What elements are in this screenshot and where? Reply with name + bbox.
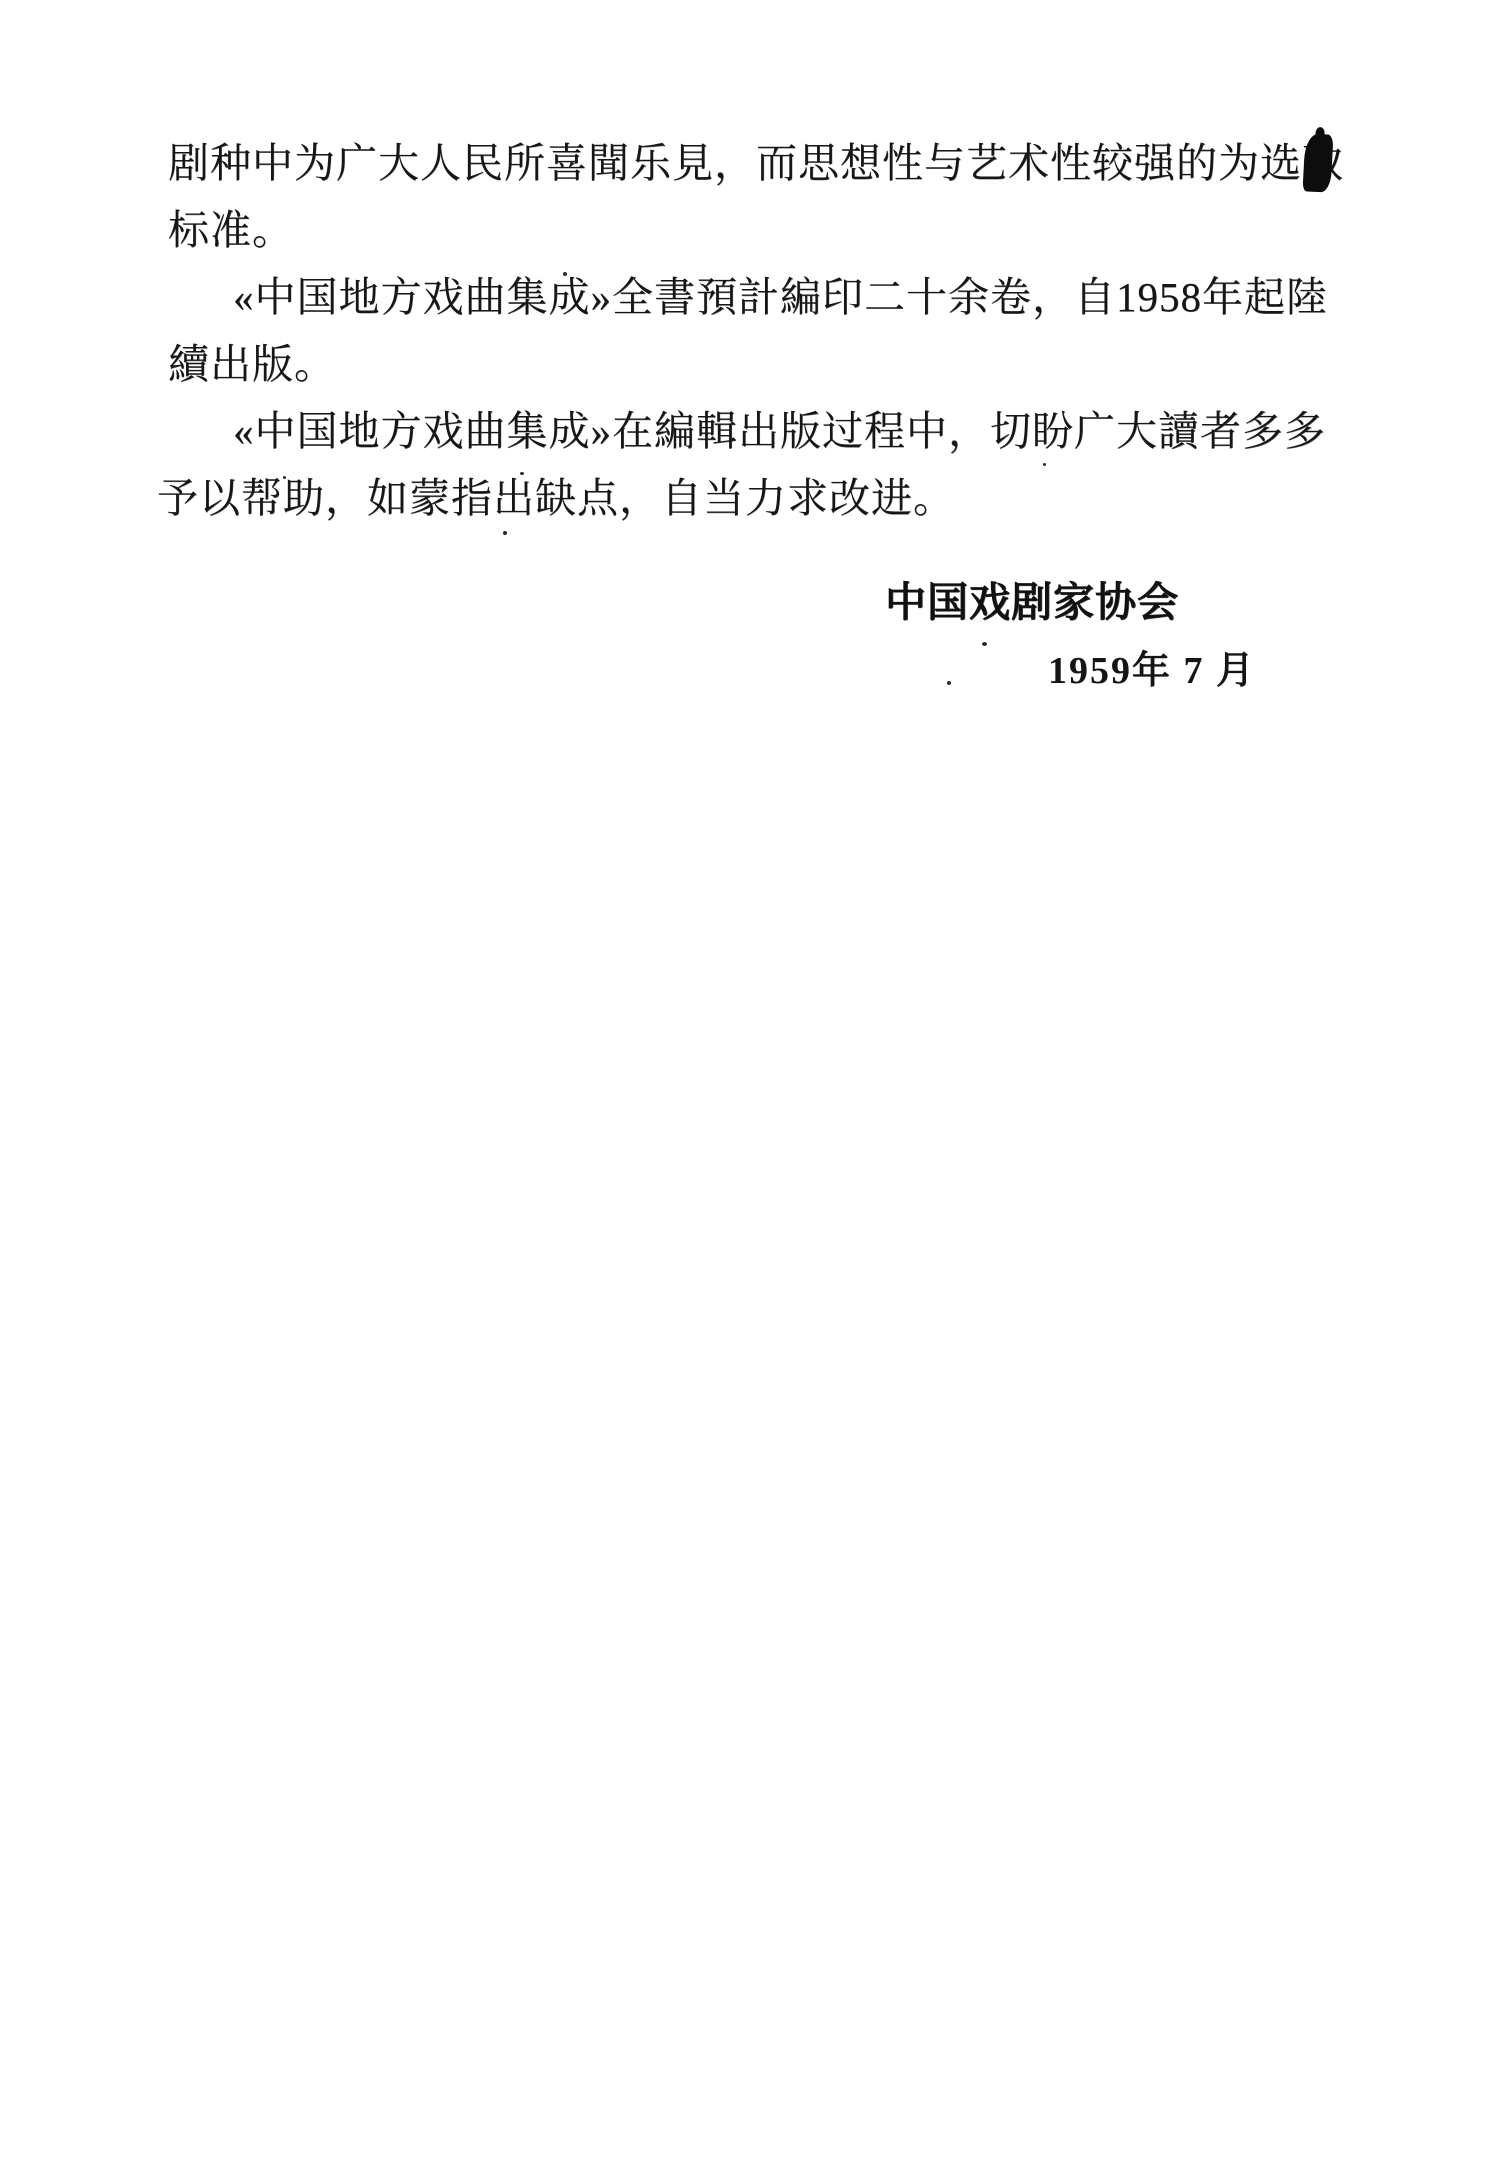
scan-speck xyxy=(1043,463,1046,466)
scan-speck xyxy=(283,476,286,479)
paragraph-line: «中国地方戏曲集成»在編輯出版过程中，切盼广大讀者多多 xyxy=(233,411,1326,452)
date-line: 1959年 7 月 xyxy=(1048,652,1256,690)
paragraph-line: «中国地方戏曲集成»全書預計編印二十余卷，自1958年起陸 xyxy=(233,277,1328,318)
paragraph-line: 予以帮助，如蒙指出缺点，自当力求改进。 xyxy=(157,478,955,519)
paragraph-line: 剧种中为广大人民所喜聞乐見，而思想性与艺术性较强的为选取 xyxy=(168,143,1344,184)
paragraph-line: 續出版。 xyxy=(168,344,336,385)
signature: 中国戏剧家协会 xyxy=(885,582,1179,623)
scan-speck xyxy=(563,272,567,276)
scan-speck xyxy=(520,472,524,475)
scan-speck xyxy=(982,642,987,646)
scanned-page: 剧种中为广大人民所喜聞乐見，而思想性与艺术性较强的为选取 标准。 «中国地方戏曲… xyxy=(0,0,1497,2169)
scan-speck xyxy=(503,531,507,535)
scan-speck xyxy=(947,681,951,685)
paragraph-line: 标准。 xyxy=(168,210,294,251)
ink-smudge xyxy=(1303,133,1334,192)
